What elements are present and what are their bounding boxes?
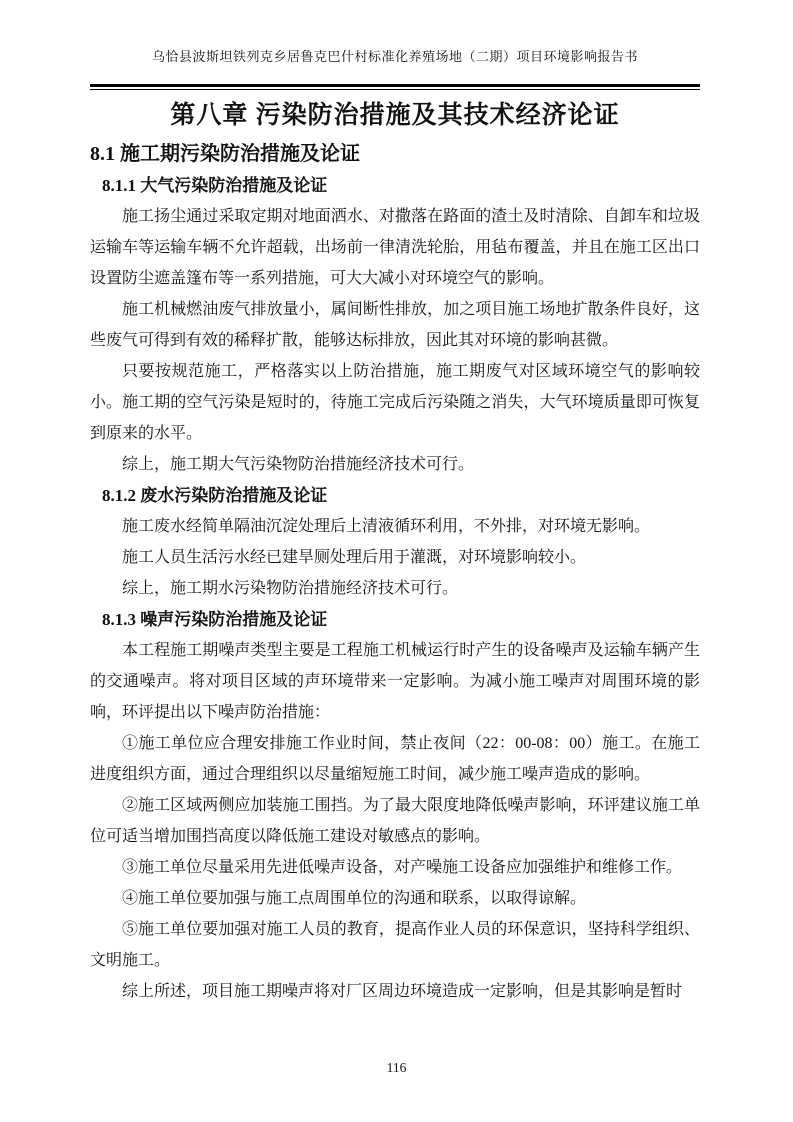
paragraph-air-conclusion: 综上，施工期大气污染物防治措施经济技术可行。 bbox=[90, 449, 700, 480]
running-header: 乌恰县波斯坦铁列克乡居鲁克巴什村标准化养殖场地（二期）项目环境影响报告书 bbox=[90, 0, 700, 65]
chapter-title: 第八章 污染防治措施及其技术经济论证 bbox=[90, 98, 700, 134]
paragraph-dust-measures: 施工扬尘通过采取定期对地面洒水、对撒落在路面的渣土及时清除、自卸车和垃圾运输车等… bbox=[90, 201, 700, 294]
heading-8-1-2: 8.1.2 废水污染防治措施及论证 bbox=[102, 480, 700, 511]
paragraph-noise-measure-1: ①施工单位应合理安排施工作业时间，禁止夜间（22：00-08：00）施工。在施工… bbox=[90, 728, 700, 790]
header-rule-thin-line bbox=[90, 89, 700, 90]
paragraph-noise-measure-4: ④施工单位要加强与施工点周围单位的沟通和联系，以取得谅解。 bbox=[90, 883, 700, 914]
paragraph-noise-measure-5: ⑤施工单位要加强对施工人员的教育，提高作业人员的环保意识，坚持科学组织、文明施工… bbox=[90, 914, 700, 976]
paragraph-air-impact: 只要按规范施工，严格落实以上防治措施，施工期废气对区域环境空气的影响较小。施工期… bbox=[90, 356, 700, 449]
document-body: 8.1 施工期污染防治措施及论证 8.1.1 大气污染防治措施及论证 施工扬尘通… bbox=[90, 138, 700, 1007]
header-rule-thick-line bbox=[90, 84, 700, 87]
heading-8-1: 8.1 施工期污染防治措施及论证 bbox=[90, 138, 700, 170]
header-rule bbox=[90, 84, 700, 90]
heading-8-1-3: 8.1.3 噪声污染防治措施及论证 bbox=[102, 604, 700, 635]
heading-8-1-1: 8.1.1 大气污染防治措施及论证 bbox=[102, 170, 700, 201]
paragraph-machinery-exhaust: 施工机械燃油废气排放量小，属间断性排放，加之项目施工场地扩散条件良好，这些废气可… bbox=[90, 294, 700, 356]
paragraph-noise-intro: 本工程施工期噪声类型主要是工程施工机械运行时产生的设备噪声及运输车辆产生的交通噪… bbox=[90, 635, 700, 728]
document-page: 乌恰县波斯坦铁列克乡居鲁克巴什村标准化养殖场地（二期）项目环境影响报告书 第八章… bbox=[0, 0, 793, 1122]
paragraph-noise-measure-3: ③施工单位尽量采用先进低噪声设备，对产噪施工设备应加强维护和维修工作。 bbox=[90, 852, 700, 883]
paragraph-noise-summary: 综上所述，项目施工期噪声将对厂区周边环境造成一定影响，但是其影响是暂时 bbox=[90, 976, 700, 1007]
paragraph-noise-measure-2: ②施工区域两侧应加装施工围挡。为了最大限度地降低噪声影响，环评建议施工单位可适当… bbox=[90, 790, 700, 852]
page-number: 116 bbox=[0, 1060, 793, 1076]
paragraph-construction-wastewater: 施工废水经简单隔油沉淀处理后上清液循环利用，不外排，对环境无影响。 bbox=[90, 511, 700, 542]
paragraph-domestic-sewage: 施工人员生活污水经已建旱厕处理后用于灌溉，对环境影响较小。 bbox=[90, 542, 700, 573]
paragraph-water-conclusion: 综上，施工期水污染物防治措施经济技术可行。 bbox=[90, 573, 700, 604]
